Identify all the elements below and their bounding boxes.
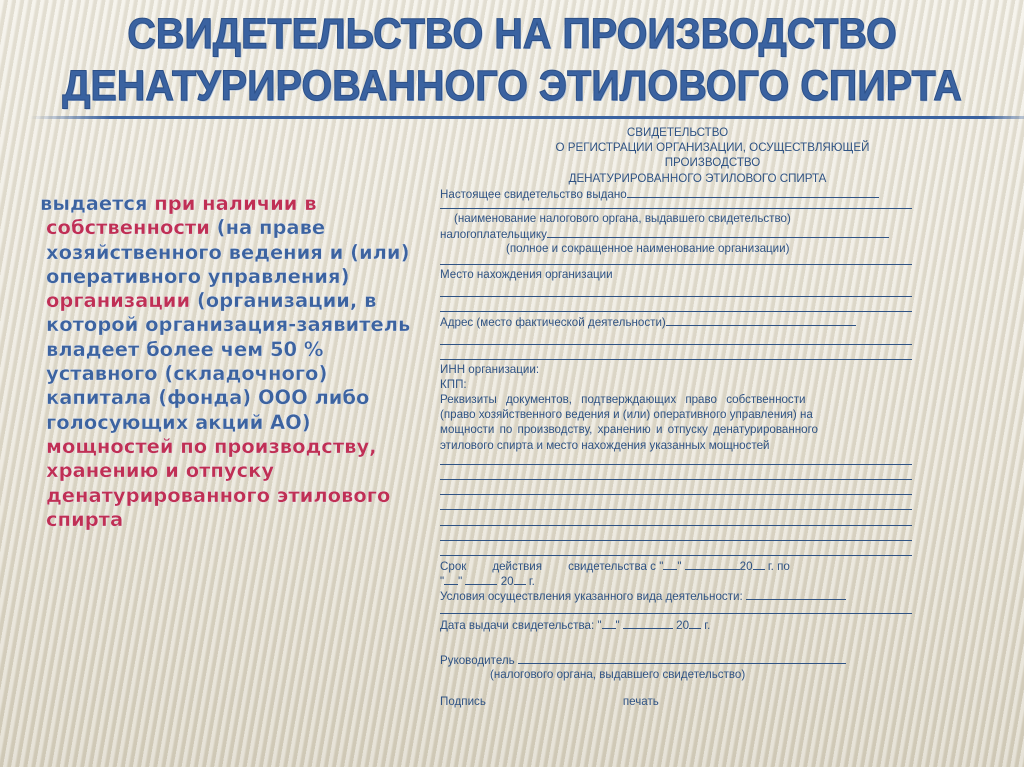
issued-to-field-line-2[interactable] <box>440 201 912 209</box>
requisites-field-7[interactable] <box>440 541 912 556</box>
body-text: (организации, в <box>190 289 376 312</box>
requisites-field-3[interactable] <box>440 480 912 495</box>
text-line: уставного (складочного) <box>30 362 430 386</box>
form-heading-3: ДЕНАТУРИРОВАННОГО ЭТИЛОВОГО СПИРТА <box>440 171 915 186</box>
highlighted-text: организации <box>46 289 190 312</box>
requisites-field-5[interactable] <box>440 510 912 525</box>
highlighted-text: при наличии в <box>154 192 316 215</box>
highlighted-text: денатурированного этилового <box>46 484 390 507</box>
form-heading-1: СВИДЕТЕЛЬСТВО <box>440 125 915 140</box>
certificate-form: СВИДЕТЕЛЬСТВО О РЕГИСТРАЦИИ ОРГАНИЗАЦИИ,… <box>440 125 915 709</box>
kpp-label: КПП: <box>440 377 915 392</box>
requisites-field-6[interactable] <box>440 526 912 541</box>
signature-label: Подпись <box>440 695 486 708</box>
requisites-line-3: мощности по производству, хранению и отп… <box>440 422 915 437</box>
validity-from-day-field[interactable] <box>663 558 677 570</box>
issue-date-label: Дата выдачи свидетельства: " <box>440 619 602 632</box>
issued-to-field[interactable] <box>627 186 879 198</box>
body-text: владеет более чем 50 % <box>46 338 323 361</box>
slide-title-line-1: СВИДЕТЕЛЬСТВО НА ПРОИЗВОДСТВО <box>41 8 983 60</box>
year-suffix: г. <box>529 575 535 588</box>
text-line: которой организация-заявитель <box>30 313 430 337</box>
text-line: хранению и отпуску <box>30 459 430 483</box>
quote: " <box>616 619 620 632</box>
slide-title-line-2: ДЕНАТУРИРОВАННОГО ЭТИЛОВОГО СПИРТА <box>41 60 983 112</box>
validity-from-year-field[interactable] <box>753 558 765 570</box>
issuer-caption: (наименование налогового органа, выдавше… <box>440 209 915 226</box>
org-name-field[interactable] <box>440 257 912 265</box>
highlighted-text: спирта <box>46 508 123 531</box>
signature-row: Подписьпечать <box>440 694 915 709</box>
address-field[interactable] <box>666 314 856 326</box>
text-line: мощностей по производству, <box>30 435 430 459</box>
highlighted-text: мощностей по производству, <box>46 435 377 458</box>
requisites-field-4[interactable] <box>440 495 912 510</box>
issue-date-month-field[interactable] <box>623 617 673 629</box>
validity-row-2: "" 20 г. <box>440 573 915 588</box>
year-prefix: 20 <box>501 575 514 588</box>
highlighted-text: собственности <box>46 216 210 239</box>
issue-date-year-field[interactable] <box>689 617 701 629</box>
address-label: Адрес (место фактической деятельности) <box>440 316 666 329</box>
head-label: Руководитель <box>440 654 515 667</box>
stamp-label: печать <box>623 695 659 708</box>
validity-to-year-field[interactable] <box>514 573 526 585</box>
body-text: оперативного управления) <box>46 265 349 288</box>
requisites-field-1[interactable] <box>440 453 912 465</box>
requisites-line-2: (право хозяйственного ведения и (или) оп… <box>440 407 915 422</box>
form-heading-2: О РЕГИСТРАЦИИ ОРГАНИЗАЦИИ, ОСУЩЕСТВЛЯЮЩЕ… <box>440 140 915 170</box>
slide-title: СВИДЕТЕЛЬСТВО НА ПРОИЗВОДСТВО ДЕНАТУРИРО… <box>41 8 983 112</box>
address-row: Адрес (место фактической деятельности) <box>440 312 915 329</box>
body-text: которой организация-заявитель <box>46 313 410 336</box>
location-field-2[interactable] <box>440 297 912 312</box>
text-line: денатурированного этилового <box>30 484 430 508</box>
text-line: собственности (на праве <box>30 216 430 240</box>
text-line: спирта <box>30 508 430 532</box>
validity-label-to: г. по <box>768 560 790 573</box>
body-text: выдается <box>40 192 154 215</box>
head-caption: (налогового органа, выдавшего свидетельс… <box>440 667 915 682</box>
year-suffix: г. <box>704 619 710 632</box>
validity-label-term: Срок <box>440 560 466 573</box>
text-line: владеет более чем 50 % <box>30 338 430 362</box>
highlighted-text: хранению и отпуску <box>46 459 274 482</box>
body-text: (на праве <box>210 216 325 239</box>
issuance-conditions-text: выдается при наличии всобственности (на … <box>30 192 430 532</box>
body-text: уставного (складочного) <box>46 362 327 385</box>
requisites-field-2[interactable] <box>440 465 912 480</box>
issue-date-day-field[interactable] <box>602 617 616 629</box>
address-field-2[interactable] <box>440 329 912 344</box>
inn-label: ИНН организации: <box>440 360 915 377</box>
validity-to-day-field[interactable] <box>444 573 458 585</box>
issued-to-label: Настоящее свидетельство выдано <box>440 188 627 201</box>
address-field-3[interactable] <box>440 345 912 360</box>
text-line: капитала (фонда) ООО либо <box>30 386 430 410</box>
validity-row-1: Срокдействиясвидетельства с "" 20 г. по <box>440 556 915 573</box>
body-text: голосующих акций АО) <box>46 411 311 434</box>
validity-label-from: свидетельства с " <box>568 560 663 573</box>
text-line: хозяйственного ведения и (или) <box>30 241 430 265</box>
body-text: капитала (фонда) ООО либо <box>46 386 369 409</box>
validity-from-month-field[interactable] <box>685 558 740 570</box>
validity-label-action: действия <box>492 560 542 573</box>
quote: " <box>677 560 681 573</box>
head-signature-field[interactable] <box>518 652 846 664</box>
year-prefix: 20 <box>676 619 689 632</box>
location-field-1[interactable] <box>440 282 912 297</box>
conditions-field-2[interactable] <box>440 604 912 614</box>
conditions-field[interactable] <box>746 588 846 600</box>
requisites-line-4: этилового спирта и место нахождения указ… <box>440 438 915 453</box>
text-line: оперативного управления) <box>30 265 430 289</box>
conditions-row: Условия осуществления указанного вида де… <box>440 588 915 603</box>
taxpayer-label: налогоплательщику <box>440 228 547 241</box>
validity-to-month-field[interactable] <box>465 573 497 585</box>
head-row: Руководитель <box>440 646 915 667</box>
body-text: хозяйственного ведения и (или) <box>46 241 410 264</box>
year-prefix: 20 <box>740 560 753 573</box>
taxpayer-row: налогоплательщику <box>440 226 915 241</box>
requisites-line-1: Реквизиты документов, подтверждающих пра… <box>440 392 915 407</box>
issue-date-row: Дата выдачи свидетельства: "" 20 г. <box>440 614 915 632</box>
text-line: организации (организации, в <box>30 289 430 313</box>
issued-to-row: Настоящее свидетельство выдано <box>440 186 915 201</box>
title-divider <box>30 116 1024 119</box>
conditions-label: Условия осуществления указанного вида де… <box>440 590 743 603</box>
quote: " <box>458 575 462 588</box>
location-label: Место нахождения организации <box>440 265 915 282</box>
taxpayer-field[interactable] <box>547 226 889 238</box>
text-line: выдается при наличии в <box>30 192 430 216</box>
org-name-caption: (полное и сокращенное наименование орган… <box>440 241 915 256</box>
text-line: голосующих акций АО) <box>30 411 430 435</box>
